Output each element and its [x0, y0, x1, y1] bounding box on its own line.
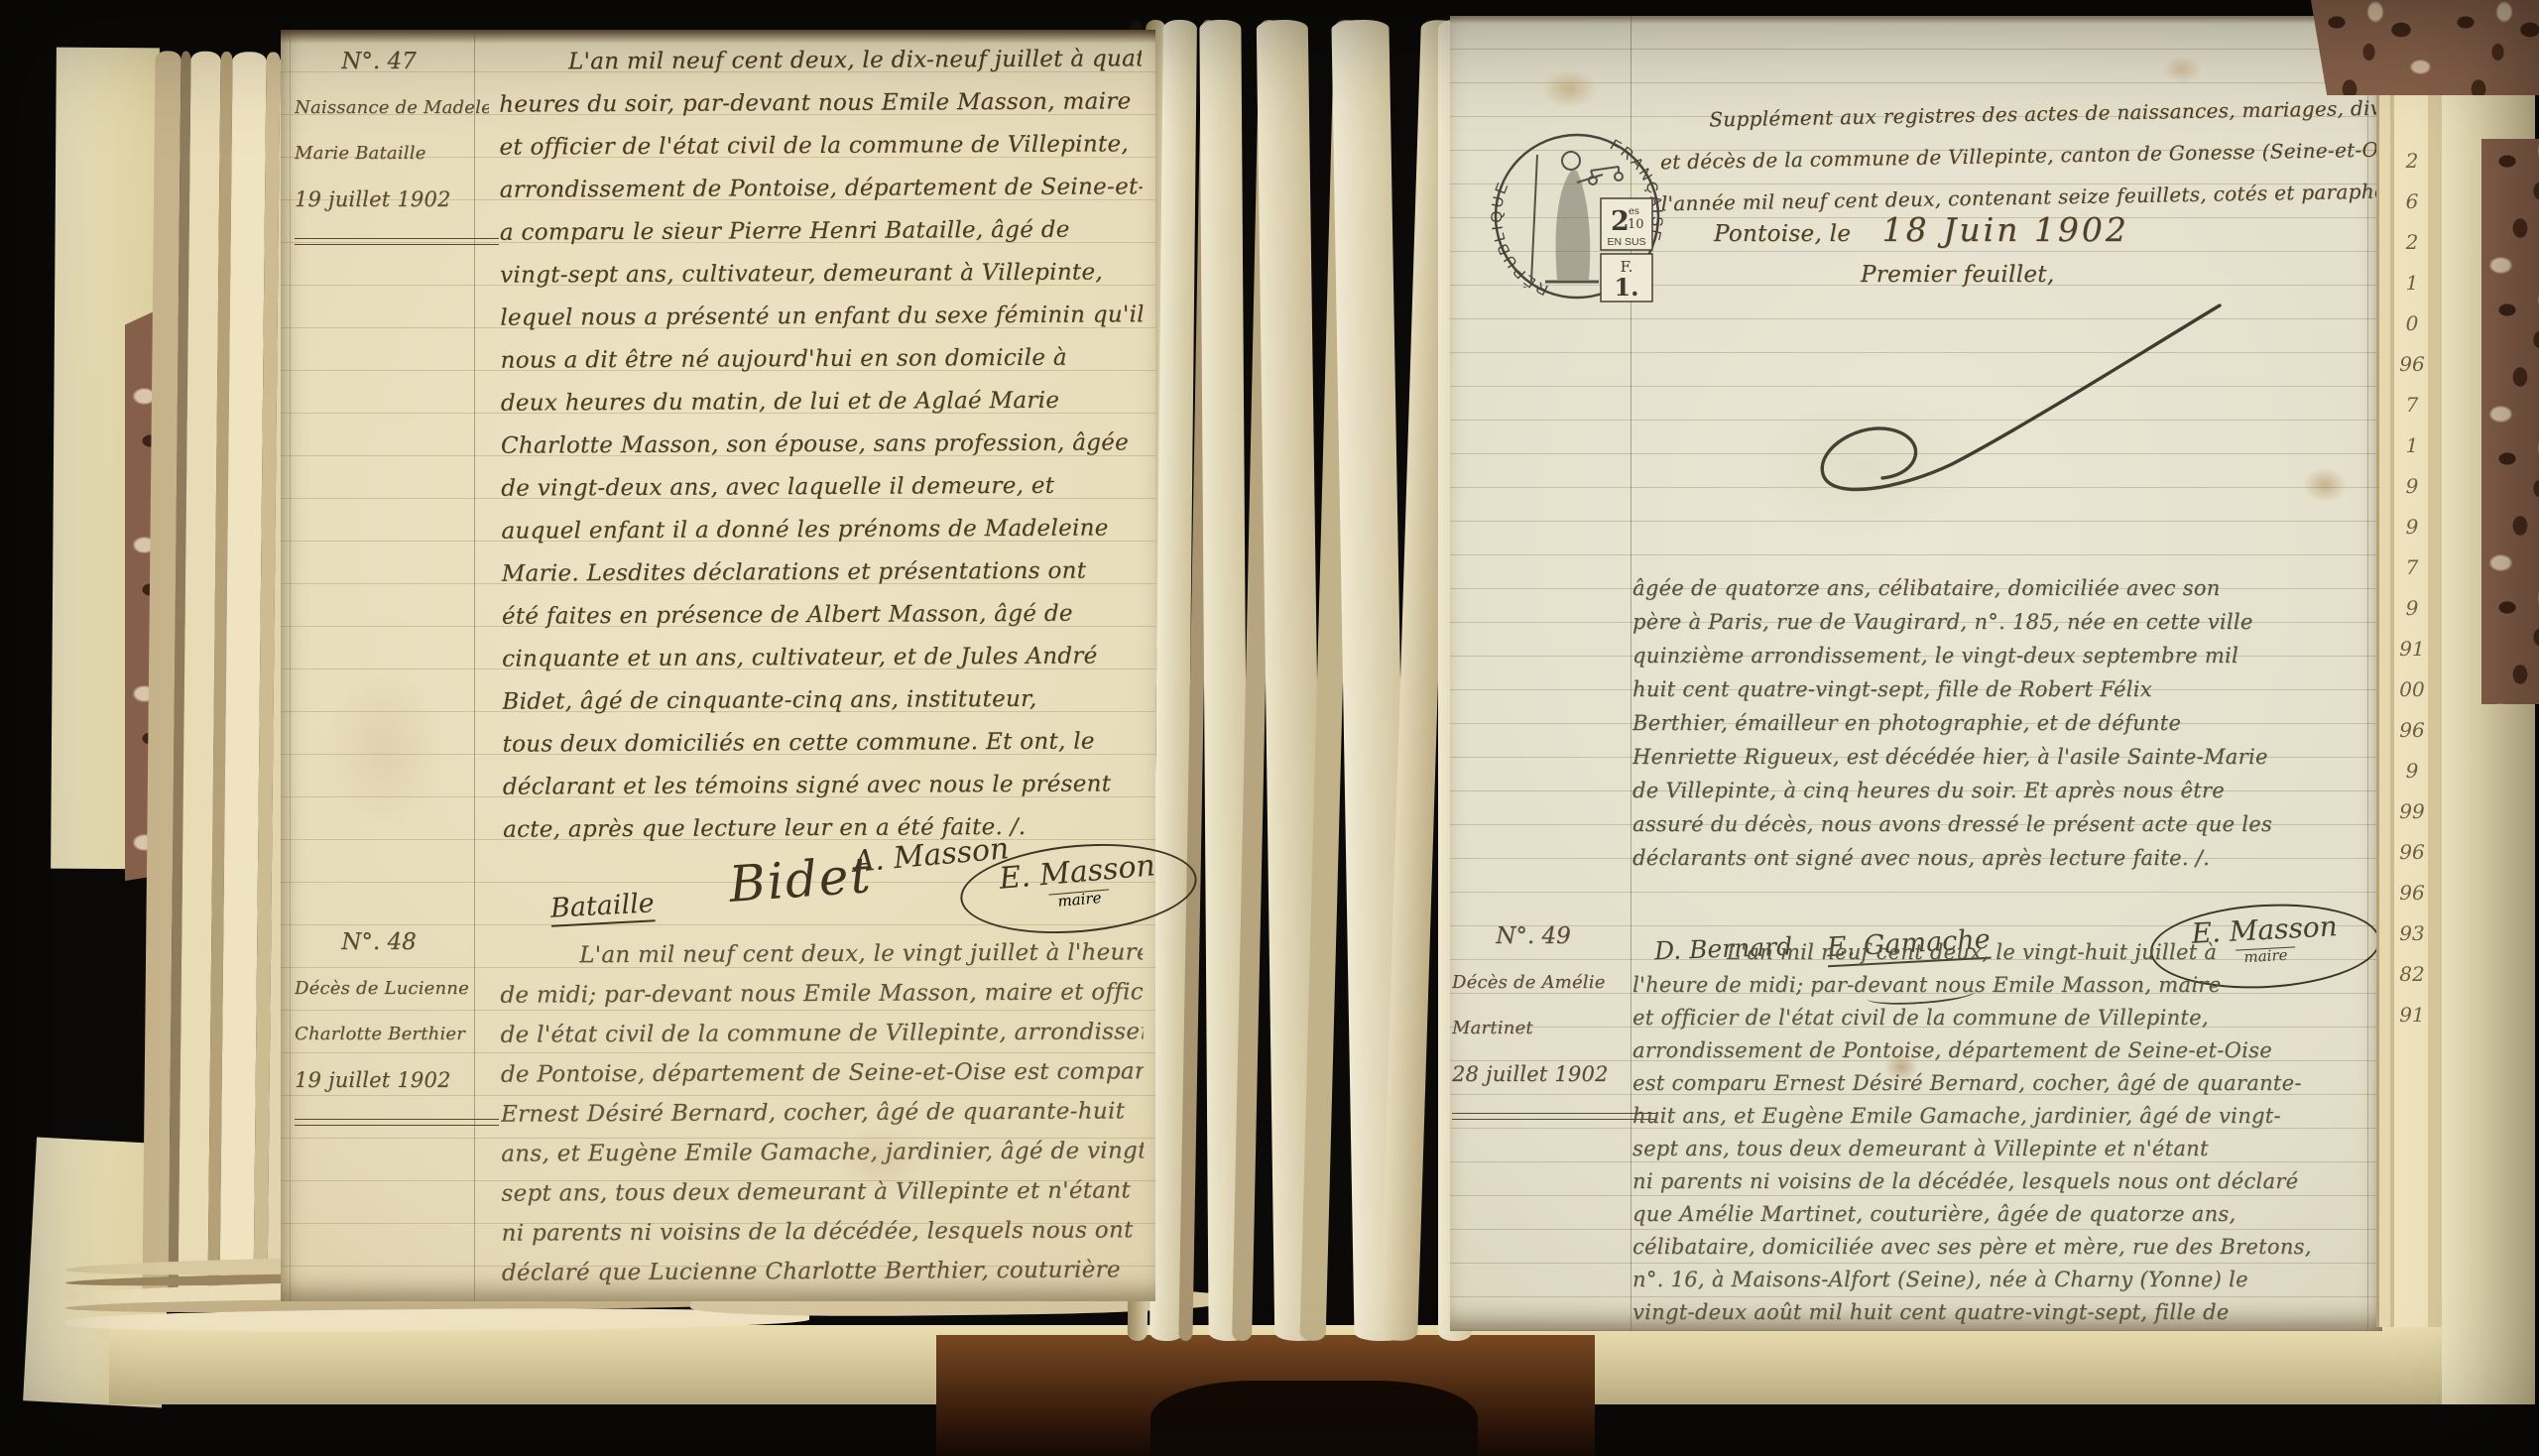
register-line: vingt-sept ans, cultivateur, demeurant à… [500, 251, 1143, 297]
register-line: Bidet, âgé de cinquante-cinq ans, instit… [502, 677, 1145, 723]
fore-edge-number: 82 [2390, 954, 2434, 995]
register-line: quinzième arrondissement, le vingt-deux … [1632, 639, 2374, 672]
register-line: ni parents ni voisins de la décédée, les… [1632, 1165, 2374, 1198]
margin-entry-48: N°. 48 Décès de LucienneCharlotte Berthi… [295, 918, 489, 1126]
margin-line: Décès de Amélie [1452, 960, 1640, 1006]
place-label: Pontoise, le [1714, 221, 1851, 247]
stamp-value-box: 2 es 10 EN SUS F. 1. [1601, 198, 1652, 302]
register-line: père à Paris, rue de Vaugirard, n°. 185,… [1632, 605, 2374, 639]
page-top-stain [1450, 16, 2382, 24]
register-line: deux heures du matin, de lui et de Aglaé… [501, 379, 1144, 425]
margin-line: 28 juillet 1902 [1452, 1051, 1640, 1097]
register-line: et officier de l'état civil de la commun… [1632, 1002, 2374, 1034]
act-48-body: L'an mil neuf cent deux, le vingt juille… [500, 932, 1145, 1292]
register-line: arrondissement de Pontoise, département … [1632, 1034, 2374, 1067]
register-line: été faites en présence de Albert Masson,… [502, 592, 1145, 638]
entry-separator-rule [295, 238, 499, 245]
fore-edge-number: 96 [2390, 873, 2434, 913]
fore-edge-number: 91 [2390, 995, 2434, 1035]
register-line: L'an mil neuf cent deux, le vingt-huit j… [1632, 936, 2374, 969]
register-line: huit ans, et Eugène Emile Gamache, jardi… [1632, 1100, 2374, 1133]
register-line: Berthier, émailleur en photographie, et … [1632, 706, 2374, 740]
register-line: Marie. Lesdites déclarations et présenta… [502, 549, 1145, 595]
fore-edge-number: 6 [2390, 182, 2434, 222]
fore-edge-number: 2 [2390, 141, 2434, 182]
register-line: de Pontoise, département de Seine-et-Ois… [501, 1051, 1144, 1094]
margin-line: Charlotte Berthier [295, 1012, 489, 1057]
act-number: N°. 49 [1452, 912, 1640, 960]
wooden-table-shadow [1150, 1381, 1478, 1456]
stamp-surcharge-denom: 10 [1628, 217, 1644, 232]
register-line: lequel nous a présenté un enfant du sexe… [500, 294, 1143, 339]
register-line: auquel enfant il a donné les prénoms de … [501, 507, 1144, 552]
register-line: Henriette Rigueux, est décédée hier, à l… [1632, 740, 2374, 774]
register-line: ans, et Eugène Emile Gamache, jardinier,… [501, 1131, 1144, 1173]
paper-stain [2154, 50, 2210, 89]
paper-stain [301, 635, 469, 863]
svg-text:RÉPUBLIQUE: RÉPUBLIQUE [1489, 179, 1551, 299]
fore-edge-number: 1 [2390, 425, 2434, 466]
register-line: huit cent quatre-vingt-sept, fille de Ro… [1632, 672, 2374, 706]
register-line: Charlotte Masson, son épouse, sans profe… [501, 422, 1144, 467]
fore-edge-number: 7 [2390, 385, 2434, 425]
register-line: acte, après que lecture leur en a été fa… [503, 805, 1146, 851]
register-line: déclaré que Lucienne Charlotte Berthier,… [502, 1250, 1145, 1292]
margin-line: 19 juillet 1902 [295, 1057, 489, 1103]
fore-edge-number: 2 [2390, 222, 2434, 263]
register-line: tous deux domiciliés en cette commune. E… [502, 720, 1145, 766]
register-line: n°. 16, à Maisons-Alfort (Seine), née à … [1632, 1264, 2374, 1296]
margin-line: 19 juillet 1902 [295, 177, 489, 222]
paper-stain [2293, 460, 2357, 510]
register-line: que Amélie Martinet, couturière, âgée de… [1632, 1198, 2374, 1231]
margin-line: Naissance de Madeleine [295, 85, 489, 131]
signature-declarant: Bataille [549, 888, 655, 923]
fore-edge-number: 9 [2390, 588, 2434, 629]
register-line: de l'état civil de la commune de Villepi… [500, 1012, 1143, 1054]
stamp-denomination-value: 1. [1614, 273, 1638, 302]
place-date-line: Pontoise, le 18 Juin 1902 [1714, 210, 2129, 249]
left-page: N°. 47 Naissance de MadeleineMarie Batai… [281, 30, 1155, 1301]
register-line: heures du soir, par-devant nous Emile Ma… [499, 80, 1142, 126]
register-line: et officier de l'état civil de la commun… [499, 123, 1142, 169]
register-line: de vingt-deux ans, avec laquelle il deme… [501, 464, 1144, 510]
republique-francaise-fiscal-stamp: RÉPUBLIQUE FRANÇAISE 2 es 10 E [1488, 115, 1666, 317]
register-line: L'an mil neuf cent deux, le dix-neuf jui… [499, 38, 1142, 83]
stamp-ring-text-top: RÉPUBLIQUE [1489, 179, 1551, 299]
margin-entry-49: N°. 49 Décès de AmélieMartinet28 juillet… [1452, 912, 1640, 1120]
fore-edge-number: 96 [2390, 710, 2434, 751]
act-48-continuation-body: âgée de quatorze ans, célibataire, domic… [1632, 571, 2374, 875]
register-line: vingt-deux août mil huit cent quatre-vin… [1632, 1296, 2374, 1329]
margin-line: Décès de Lucienne [295, 966, 489, 1012]
fore-edge-number: 93 [2390, 913, 2434, 954]
register-line: âgée de quatorze ans, célibataire, domic… [1632, 571, 2374, 605]
stamp-surcharge-value: 2 [1611, 206, 1630, 237]
fore-edge-number: 96 [2390, 832, 2434, 873]
register-header: Supplément aux registres des actes de na… [1659, 87, 2383, 225]
register-line: nous a dit être né aujourd'hui en son do… [500, 336, 1143, 382]
margin-entry-47: N°. 47 Naissance de MadeleineMarie Batai… [295, 38, 489, 245]
register-line: L'an mil neuf cent deux, le vingt juille… [500, 932, 1143, 975]
fore-edge-number: 96 [2390, 344, 2434, 385]
register-line: de Villepinte, à cinq heures du soir. Et… [1632, 774, 2374, 807]
register-line: de midi; par-devant nous Emile Masson, m… [500, 972, 1143, 1015]
fore-edge-number: 9 [2390, 507, 2434, 547]
register-line: est comparu Ernest Désiré Bernard, coche… [1632, 1067, 2374, 1100]
register-line: sept ans, tous deux demeurant à Villepin… [1632, 1133, 2374, 1165]
prefect-signature-flourish [1783, 290, 2239, 498]
fore-edge-strip: 26210967199799100969999696938291 [2376, 26, 2446, 1327]
register-line: déclarant et les témoins signé avec nous… [503, 763, 1146, 808]
fore-edge-number: 7 [2390, 547, 2434, 588]
fore-edge-number: 9 [2390, 466, 2434, 507]
act-number: N°. 48 [295, 918, 489, 966]
register-line: assuré du décès, nous avons dressé le pr… [1632, 807, 2374, 841]
signature-witness2: Bidet [727, 846, 874, 913]
act-number: N°. 47 [295, 38, 489, 85]
fore-edge-numbers: 26210967199799100969999696938291 [2390, 141, 2434, 1035]
fore-edge-number: 9 [2390, 751, 2434, 791]
right-page: RÉPUBLIQUE FRANÇAISE 2 es 10 E [1450, 16, 2382, 1331]
register-line: sept ans, tous deux demeurant à Villepin… [501, 1170, 1144, 1213]
margin-line: Marie Bataille [295, 131, 489, 177]
stamp-surcharge-label: EN SUS [1607, 236, 1645, 248]
register-line: célibataire, domiciliée avec ses père et… [1632, 1231, 2374, 1264]
fore-edge-number: 1 [2390, 263, 2434, 303]
signature-officer-title: maire [1049, 889, 1110, 909]
register-line: Ernest Désiré Bernard, cocher, âgé de qu… [501, 1091, 1144, 1134]
marbled-endpaper-right [2481, 139, 2539, 704]
entry-separator-rule [295, 1119, 499, 1126]
fore-edge-number: 91 [2390, 629, 2434, 669]
register-line: a comparu le sieur Pierre Henri Bataille… [500, 208, 1143, 254]
margin-line: Martinet [1452, 1006, 1640, 1051]
book-gutter-fanned-pages [1131, 20, 1476, 1341]
register-line: déclarants ont signé avec nous, après le… [1632, 841, 2374, 875]
paper-stain [1529, 61, 1609, 117]
register-line: ni parents ni voisins de la décédée, les… [502, 1210, 1145, 1253]
folio-note: Premier feuillet, [1861, 262, 2054, 288]
register-line: l'heure de midi; par-devant nous Emile M… [1632, 969, 2374, 1002]
page-edge-rule [290, 30, 291, 1301]
marbled-endpaper-top-right [2311, 0, 2539, 95]
date-value: 18 Juin 1902 [1882, 210, 2129, 249]
registry-book-photo: N°. 47 Naissance de MadeleineMarie Batai… [0, 0, 2539, 1456]
stamp-surcharge-sup: es [1629, 206, 1639, 217]
register-line: cinquante et un ans, cultivateur, et de … [502, 635, 1145, 680]
entry-separator-rule [1452, 1113, 1656, 1120]
fore-edge-number: 00 [2390, 669, 2434, 710]
act-49-body: L'an mil neuf cent deux, le vingt-huit j… [1632, 936, 2374, 1329]
act-47-body: L'an mil neuf cent deux, le dix-neuf jui… [499, 38, 1146, 851]
fore-edge-number: 0 [2390, 303, 2434, 344]
fore-edge-number: 99 [2390, 791, 2434, 832]
register-line: arrondissement de Pontoise, département … [500, 166, 1143, 211]
